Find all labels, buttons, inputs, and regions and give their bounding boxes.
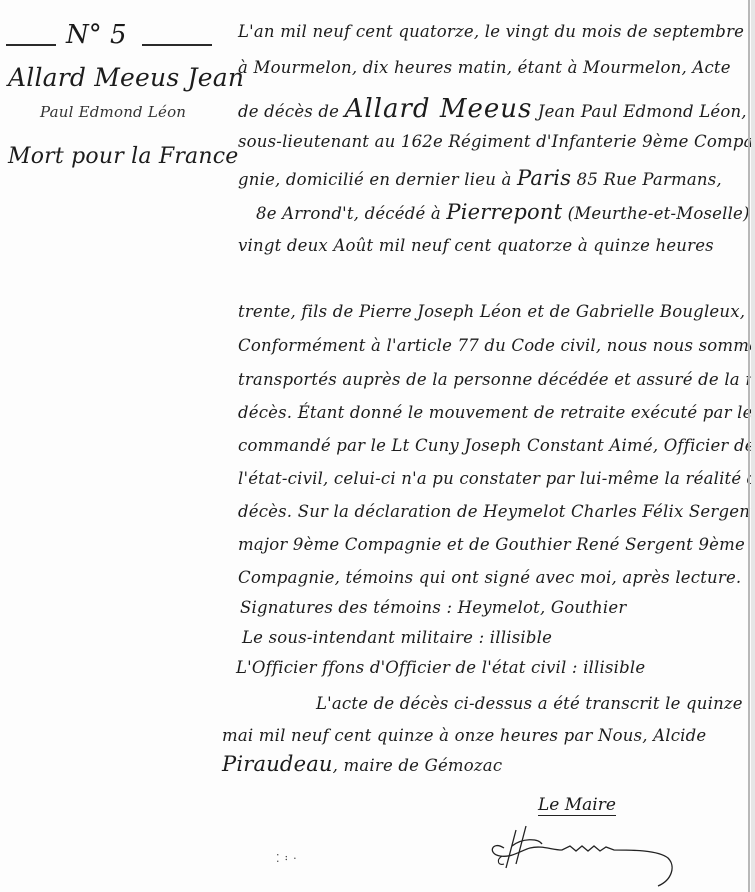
body-line-15: major 9ème Compagnie et de Gouthier René… bbox=[238, 535, 745, 554]
transcription-line-3: Piraudeau, maire de Gémozac bbox=[222, 752, 502, 776]
margin-rule-left bbox=[6, 44, 56, 46]
sous-intendant-line: Le sous-intendant militaire : illisible bbox=[242, 628, 552, 647]
act-number-row: N° 5 bbox=[6, 20, 212, 50]
body-line-10: transportés auprès de la personne décédé… bbox=[238, 370, 755, 389]
body-line-11: décès. Étant donné le mouvement de retra… bbox=[238, 403, 755, 422]
register-page: N° 5 Allard Meeus Jean Paul Edmond Léon … bbox=[0, 0, 755, 892]
transcription-line-2: mai mil neuf cent quinze à onze heures p… bbox=[222, 726, 706, 745]
body-line-2: à Mourmelon, dix heures matin, étant à M… bbox=[238, 58, 731, 77]
body-line-3: de décès de Allard Meeus Jean Paul Edmon… bbox=[238, 94, 747, 124]
margin-deceased-surname: Allard Meeus Jean bbox=[8, 63, 244, 92]
body-line-4: sous-lieutenant au 162e Régiment d'Infan… bbox=[238, 132, 755, 151]
body-line-6: 8e Arrond't, décédé à Pierrepont (Meurth… bbox=[256, 200, 755, 224]
domicile-city: Paris bbox=[517, 166, 571, 190]
body-line-14: décès. Sur la déclaration de Heymelot Ch… bbox=[238, 502, 755, 521]
page-right-border bbox=[748, 0, 750, 892]
body-line-5-suffix: 85 Rue Parmans, bbox=[571, 170, 722, 189]
mayor-name: Piraudeau bbox=[222, 752, 333, 776]
body-line-13: l'état-civil, celui-ci n'a pu constater … bbox=[238, 469, 755, 488]
body-line-12: commandé par le Lt Cuny Joseph Constant … bbox=[238, 436, 755, 455]
transcription-line-1: L'acte de décès ci-dessus a été transcri… bbox=[316, 694, 743, 713]
stray-ink-marks: ⁚ ᛬ · bbox=[276, 852, 297, 865]
body-line-6-prefix: 8e Arrond't, décédé à bbox=[256, 204, 446, 223]
margin-rule-right bbox=[142, 44, 212, 46]
body-line-16: Compagnie, témoins qui ont signé avec mo… bbox=[238, 568, 741, 587]
margin-deceased-given-names: Paul Edmond Léon bbox=[40, 103, 186, 121]
body-line-3-prefix: de décès de bbox=[238, 102, 345, 121]
body-line-5: gnie, domicilié en dernier lieu à Paris … bbox=[238, 166, 722, 190]
death-place: Pierrepont bbox=[446, 200, 562, 224]
body-line-3-suffix: Jean Paul Edmond Léon, bbox=[532, 102, 746, 121]
page-edge bbox=[751, 0, 755, 892]
officier-etat-civil-line: L'Officier ffons d'Officier de l'état ci… bbox=[236, 658, 645, 677]
body-line-9: Conformément à l'article 77 du Code civi… bbox=[238, 336, 755, 355]
le-maire-label: Le Maire bbox=[538, 795, 616, 816]
witness-signatures-line: Signatures des témoins : Heymelot, Gouth… bbox=[240, 598, 626, 617]
body-line-1: L'an mil neuf cent quatorze, le vingt du… bbox=[238, 22, 744, 41]
body-line-6-suffix: (Meurthe-et-Moselle) le bbox=[562, 204, 755, 223]
mayor-title: , maire de Gémozac bbox=[333, 756, 503, 775]
mayor-signature-icon bbox=[482, 820, 682, 890]
body-line-8: trente, fils de Pierre Joseph Léon et de… bbox=[238, 302, 745, 321]
mort-pour-la-france-mention: Mort pour la France bbox=[8, 144, 238, 169]
body-line-5-prefix: gnie, domicilié en dernier lieu à bbox=[238, 170, 517, 189]
act-number: N° 5 bbox=[66, 20, 127, 50]
deceased-name-emphasis: Allard Meeus bbox=[345, 94, 533, 124]
body-line-7: vingt deux Août mil neuf cent quatorze à… bbox=[238, 236, 714, 255]
